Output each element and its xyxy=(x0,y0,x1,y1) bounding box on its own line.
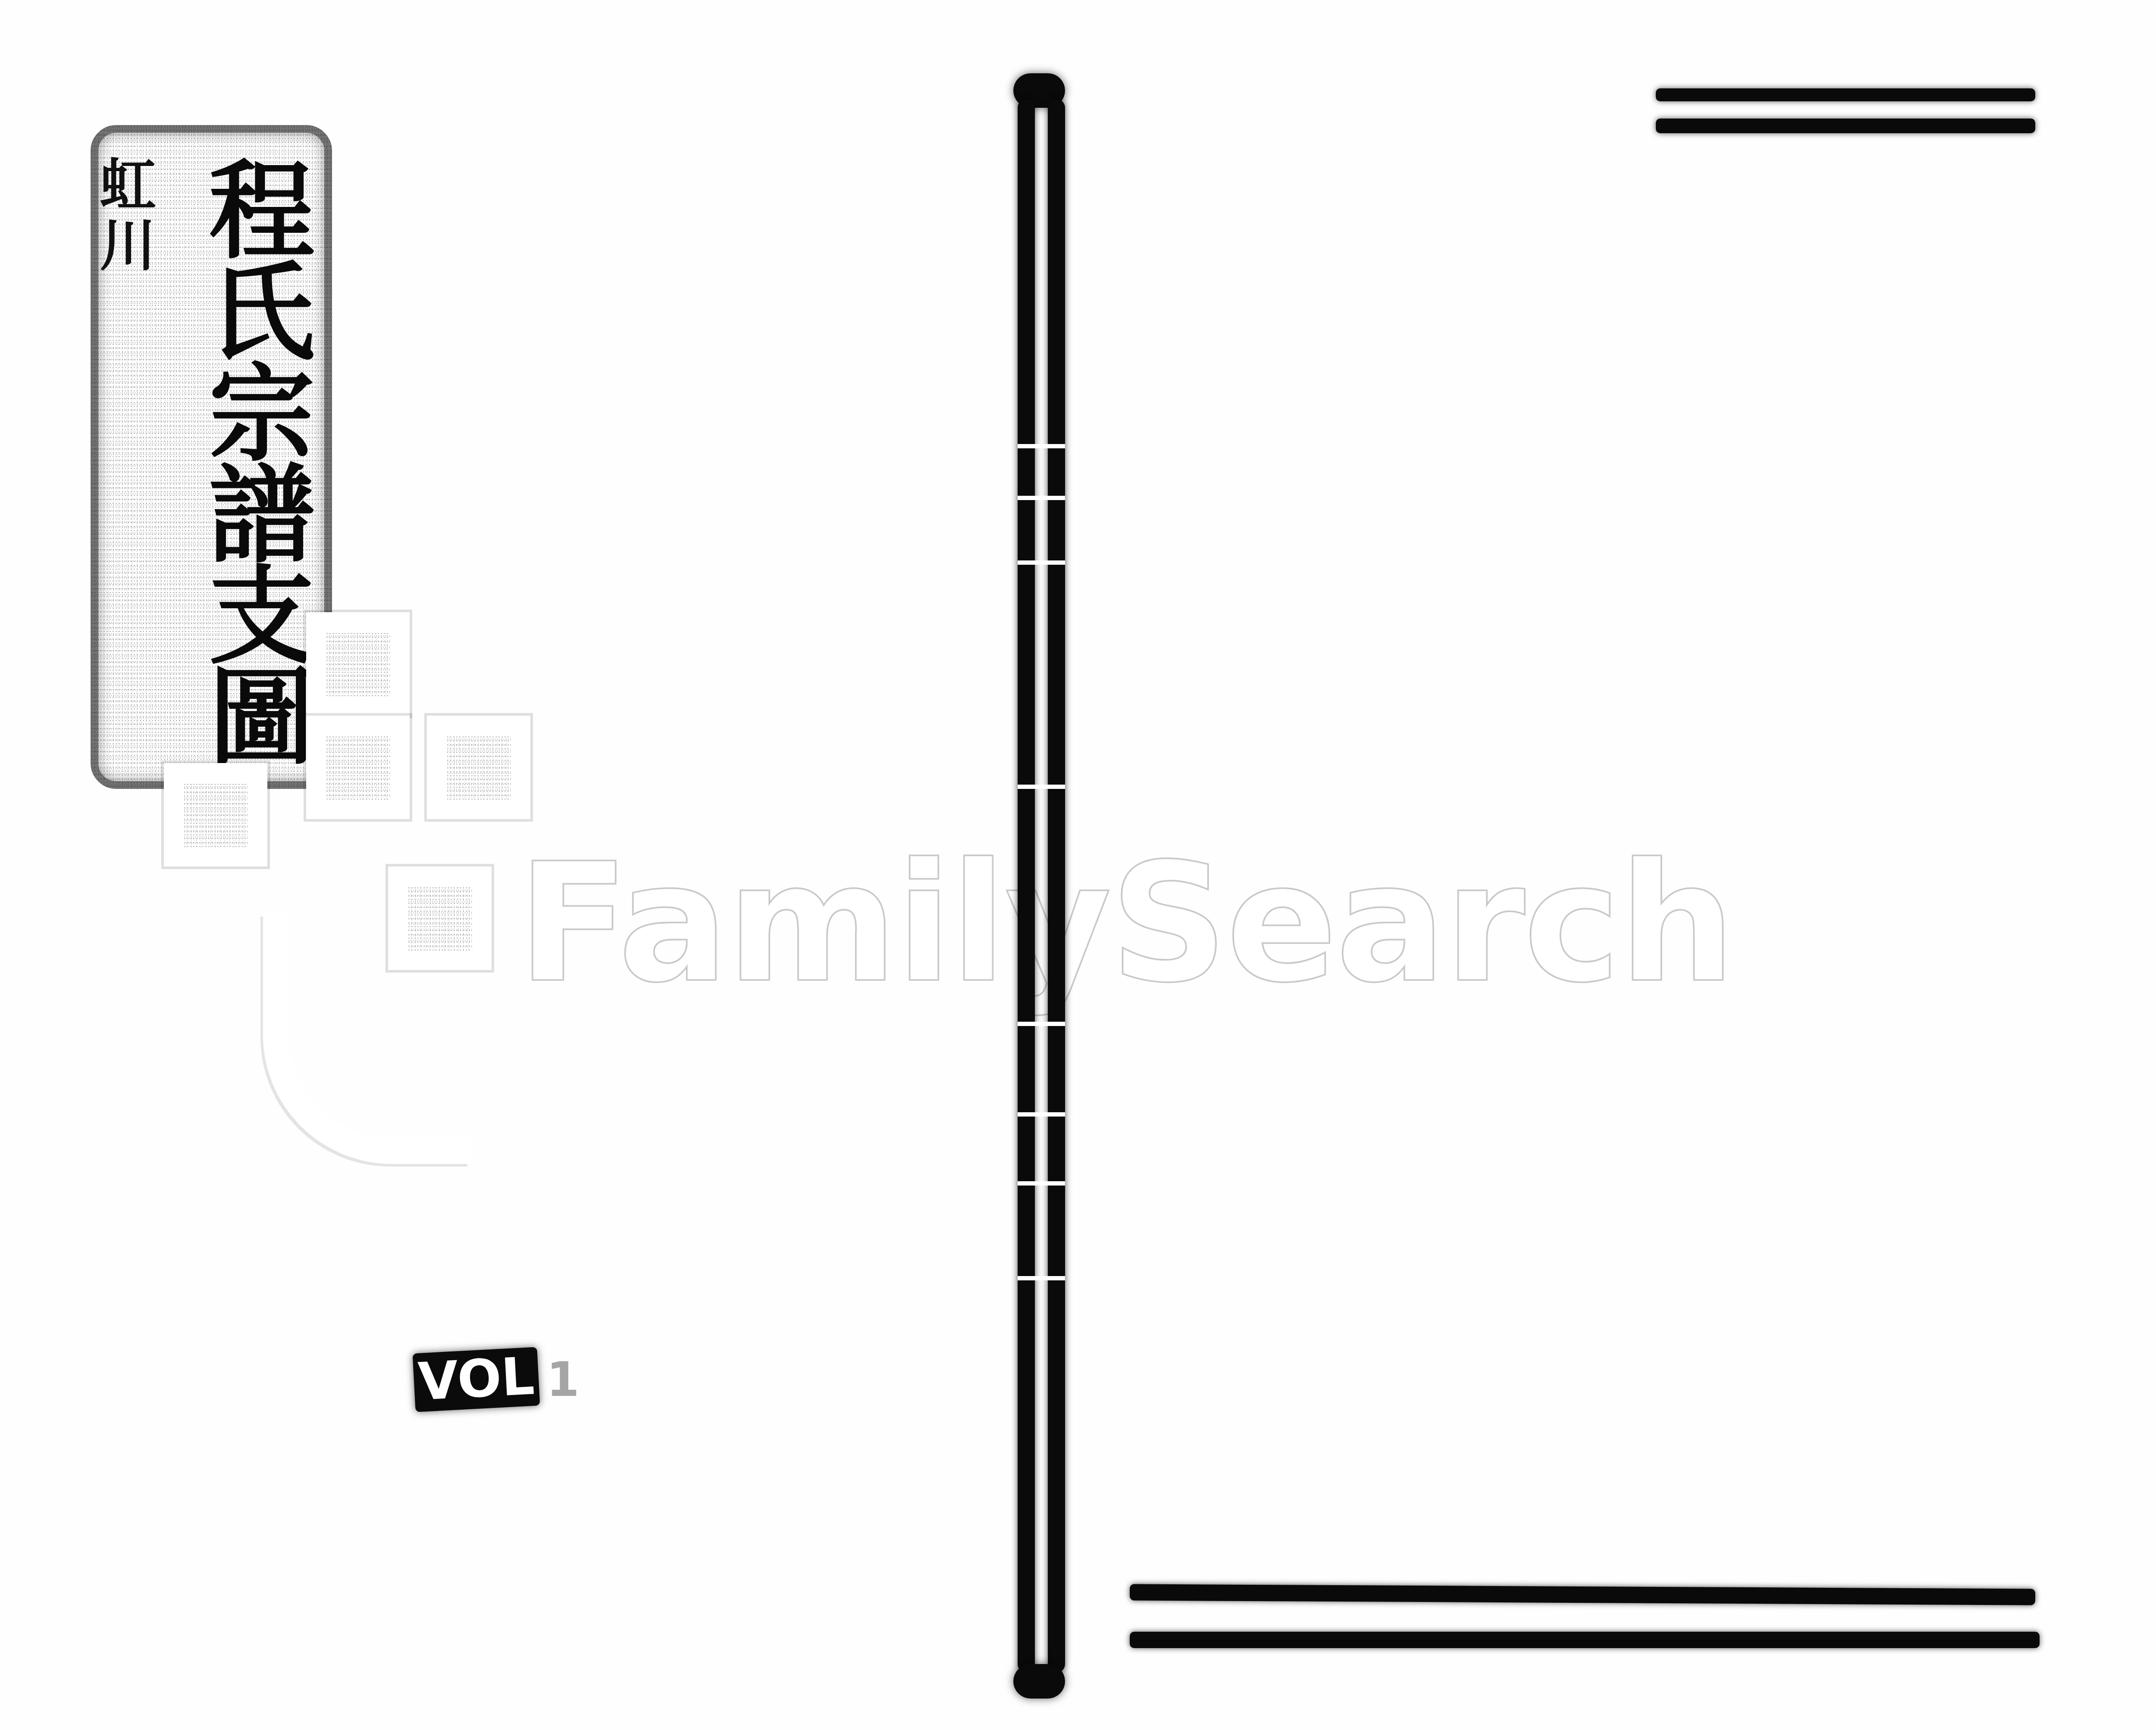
spine-stitch xyxy=(1018,496,1065,500)
volume-number: 1 xyxy=(546,1352,580,1407)
tree-square-icon xyxy=(306,716,410,819)
volume-label: VOL xyxy=(413,1347,540,1412)
title-place-name: 虹川 xyxy=(112,155,164,276)
book-spine xyxy=(1000,73,1078,1699)
spine-stitch xyxy=(1018,560,1065,565)
familysearch-wordmark: FamilySearch xyxy=(517,828,1734,1019)
tree-square-icon xyxy=(427,716,530,819)
spine-stitch xyxy=(1018,1181,1065,1186)
spine-bottom-cap xyxy=(1013,1664,1065,1699)
spine-right-edge xyxy=(1048,99,1065,1673)
spine-stitch xyxy=(1018,1112,1065,1117)
scanned-page: 虹川 程氏宗譜支圖 FamilySearch VOL 1 xyxy=(0,0,2156,1730)
tree-square-icon xyxy=(306,612,410,716)
tree-square-icon xyxy=(164,763,267,867)
bottom-rule-line xyxy=(1130,1584,2035,1605)
swoosh-icon xyxy=(263,914,470,1164)
familysearch-watermark: FamilySearch xyxy=(164,612,2061,1108)
volume-stamp: VOL 1 xyxy=(414,1349,580,1410)
top-rule-line xyxy=(1656,88,2035,101)
spine-stitch xyxy=(1018,785,1065,789)
top-rule-line xyxy=(1656,119,2035,133)
spine-stitch xyxy=(1018,444,1065,448)
bottom-rule-line xyxy=(1130,1632,2040,1648)
spine-stitch xyxy=(1018,1276,1065,1280)
spine-stitch xyxy=(1018,1022,1065,1026)
spine-left-edge xyxy=(1018,99,1035,1673)
